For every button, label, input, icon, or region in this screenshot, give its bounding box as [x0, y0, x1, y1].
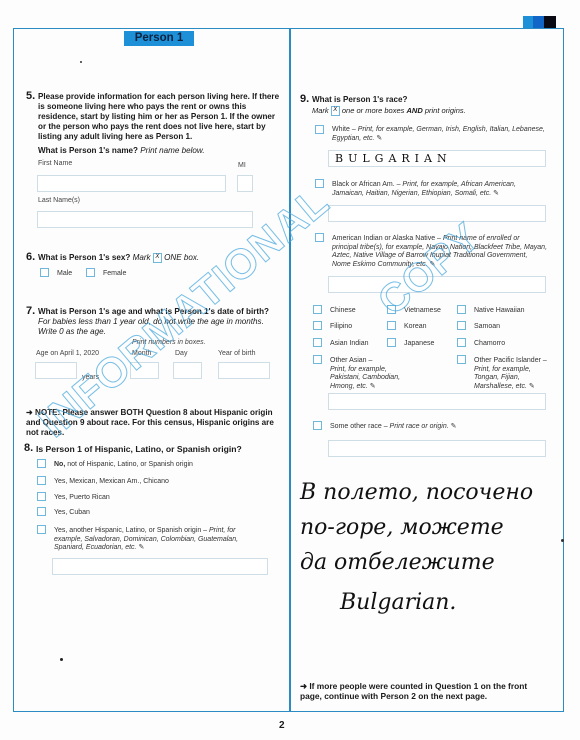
race-chamorro-checkbox[interactable] [457, 338, 466, 347]
race-japanese-label: Japanese [404, 340, 434, 349]
handwritten-line-2: по-горе, можете [300, 515, 504, 540]
race-white-value: BULGARIAN [335, 152, 452, 165]
page-number: 2 [279, 720, 285, 731]
race-black-checkbox[interactable] [315, 179, 324, 188]
male-label: Male [57, 270, 72, 279]
race-white-label: White – Print, for example, German, Iris… [332, 126, 547, 143]
question-5: 5. Please provide information for each p… [38, 92, 283, 142]
male-checkbox[interactable] [40, 268, 49, 277]
race-native-hawaiian-label: Native Hawaiian [474, 307, 525, 316]
hispanic-mexican-checkbox[interactable] [37, 476, 46, 485]
race-asian-pacific-field[interactable] [328, 393, 546, 410]
scan-dot [561, 539, 564, 542]
race-native-hawaiian-checkbox[interactable] [457, 305, 466, 314]
first-name-field[interactable] [37, 175, 226, 192]
handwritten-line-1: В полето, посочено [300, 480, 533, 505]
race-chamorro-label: Chamorro [474, 340, 505, 349]
scan-dot [80, 61, 82, 63]
race-korean-checkbox[interactable] [387, 321, 396, 330]
age-label: Age on April 1, 2020 [36, 350, 99, 357]
race-other-asian-checkbox[interactable] [313, 355, 322, 364]
question-5-text: Please provide information for each pers… [38, 92, 279, 141]
race-samoan-label: Samoan [474, 323, 500, 332]
race-aian-checkbox[interactable] [315, 233, 324, 242]
race-korean-label: Korean [404, 323, 427, 332]
column-divider [289, 28, 291, 712]
hispanic-cuban-label: Yes, Cuban [54, 509, 90, 518]
race-other-asian-label: Other Asian –Print, for example, Pakista… [330, 357, 410, 391]
hispanic-no-checkbox[interactable] [37, 459, 46, 468]
person-tab: Person 1 [124, 31, 194, 46]
scan-dot [60, 658, 63, 661]
female-label: Female [103, 270, 126, 279]
race-white-field[interactable]: BULGARIAN [328, 150, 546, 167]
continue-note: ➜ If more people were counted in Questio… [300, 681, 550, 701]
question-number: 5. [26, 91, 35, 101]
race-chinese-checkbox[interactable] [313, 305, 322, 314]
day-label: Day [175, 350, 187, 357]
handwritten-line-3: да отбележите [300, 550, 495, 575]
name-question: What is Person 1's name? Print name belo… [38, 146, 283, 156]
female-checkbox[interactable] [86, 268, 95, 277]
first-name-label: First Name [38, 160, 72, 167]
race-black-label: Black or African Am. – Print, for exampl… [332, 181, 547, 198]
hispanic-puerto-rican-checkbox[interactable] [37, 492, 46, 501]
year-field[interactable] [218, 362, 270, 379]
race-some-other-field[interactable] [328, 440, 546, 457]
question-8: 8. Is Person 1 of Hispanic, Latino, or S… [36, 444, 286, 454]
hispanic-mexican-label: Yes, Mexican, Mexican Am., Chicano [54, 478, 169, 487]
last-name-field[interactable] [37, 211, 253, 228]
race-other-pacific-checkbox[interactable] [457, 355, 466, 364]
hispanic-puerto-rican-label: Yes, Puerto Rican [54, 494, 110, 503]
race-asian-indian-checkbox[interactable] [313, 338, 322, 347]
last-name-label: Last Name(s) [38, 197, 80, 204]
race-filipino-checkbox[interactable] [313, 321, 322, 330]
mi-label: MI [238, 162, 246, 169]
hispanic-cuban-checkbox[interactable] [37, 507, 46, 516]
race-some-other-checkbox[interactable] [313, 421, 322, 430]
mark-x-icon: X [331, 106, 340, 116]
hispanic-other-label: Yes, another Hispanic, Latino, or Spanis… [54, 527, 259, 553]
race-japanese-checkbox[interactable] [387, 338, 396, 347]
handwritten-line-4: Bulgarian. [340, 590, 456, 615]
mark-x-icon: X [153, 253, 162, 263]
race-white-checkbox[interactable] [315, 125, 324, 134]
race-black-field[interactable] [328, 205, 546, 222]
question-9-instruction: Mark X one or more boxes AND print origi… [312, 106, 562, 116]
day-field[interactable] [173, 362, 202, 379]
race-asian-indian-label: Asian Indian [330, 340, 369, 349]
hispanic-other-checkbox[interactable] [37, 525, 46, 534]
arrow-icon: ➜ [300, 681, 307, 691]
race-samoan-checkbox[interactable] [457, 321, 466, 330]
year-label: Year of birth [218, 350, 256, 357]
mi-field[interactable] [237, 175, 253, 192]
race-filipino-label: Filipino [330, 323, 352, 332]
race-chinese-label: Chinese [330, 307, 356, 316]
question-9: 9. What is Person 1's race? [312, 95, 562, 105]
race-other-pacific-label: Other Pacific Islander –Print, for examp… [474, 357, 554, 391]
hispanic-no-label: No, not of Hispanic, Latino, or Spanish … [54, 461, 193, 470]
hispanic-other-field[interactable] [52, 558, 268, 575]
race-some-other-label: Some other race – Print race or origin. … [330, 423, 456, 432]
